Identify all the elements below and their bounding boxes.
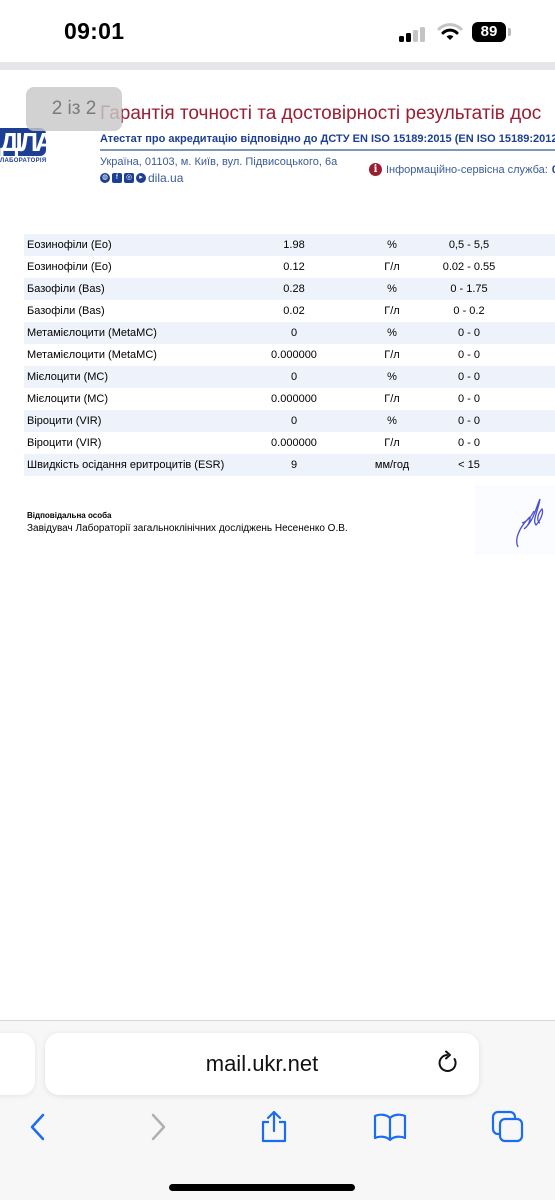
status-bar: 09:01 89: [0, 0, 555, 62]
test-unit: %: [362, 322, 422, 344]
result-row: Мієлоцити (MC)0.000000Г/л0 - 0: [24, 388, 555, 410]
result-row: Базофіли (Bas)0.02Г/л0 - 0.2: [24, 300, 555, 322]
test-name: Базофіли (Bas): [27, 278, 105, 300]
reference-range: < 15: [429, 454, 509, 476]
reference-range: 0 - 0.2: [429, 300, 509, 322]
test-name: Віроцити (VIR): [27, 432, 101, 454]
lab-address: Україна, 01103, м. Київ, вул. Підвисоцьк…: [100, 156, 337, 168]
social-links: ◍ f ◎ ▸ dila.ua: [100, 171, 183, 185]
bookmarks-button[interactable]: [372, 1109, 408, 1145]
test-value: 0: [244, 366, 344, 388]
wifi-icon: [437, 22, 463, 42]
test-unit: %: [362, 234, 422, 256]
test-name: Еозинофіли (Eo): [27, 256, 112, 278]
test-value: 0.000000: [244, 388, 344, 410]
test-unit: %: [362, 366, 422, 388]
back-button[interactable]: [20, 1109, 56, 1145]
bookmarks-icon: [372, 1112, 408, 1142]
website-link[interactable]: dila.ua: [148, 171, 183, 185]
test-unit: Г/л: [362, 256, 422, 278]
header-divider: [100, 149, 555, 151]
status-time: 09:01: [64, 18, 124, 45]
test-name: Метамієлоцити (MetaMC): [27, 344, 157, 366]
forward-icon: [148, 1112, 168, 1142]
result-row: Віроцити (VIR)0.000000Г/л0 - 0: [24, 432, 555, 454]
service-line: i Інформаційно-сервісна служба: 0: [369, 163, 555, 176]
test-unit: мм/год: [362, 454, 422, 476]
cellular-signal-icon: [399, 26, 429, 42]
forward-button[interactable]: [140, 1109, 176, 1145]
result-row: Швидкість осідання еритроцитів (ESR)9мм/…: [24, 454, 555, 476]
test-name: Мієлоцити (MC): [27, 388, 108, 410]
test-value: 0.02: [244, 300, 344, 322]
results-table: Еозинофіли (Eo)1.98%0,5 - 5,5Еозинофіли …: [24, 234, 555, 476]
share-icon: [259, 1110, 289, 1144]
test-unit: Г/л: [362, 388, 422, 410]
test-name: Мієлоцити (MC): [27, 366, 108, 388]
test-name: Віроцити (VIR): [27, 410, 101, 432]
result-row: Метамієлоцити (MetaMC)0%0 - 0: [24, 322, 555, 344]
youtube-icon: ▸: [136, 173, 146, 183]
reference-range: 0 - 0: [429, 344, 509, 366]
responsible-person: Завідувач Лабораторії загальноклінічних …: [27, 523, 348, 534]
address-bar[interactable]: mail.ukr.net: [45, 1033, 479, 1095]
responsible-label: Відповідальна особа: [27, 511, 111, 520]
service-label: Інформаційно-сервісна служба:: [386, 164, 548, 176]
test-value: 0.000000: [244, 344, 344, 366]
toolbar-divider: [0, 62, 555, 70]
previous-tab-pill[interactable]: [0, 1033, 35, 1095]
test-name: Метамієлоцити (MetaMC): [27, 322, 157, 344]
globe-icon: ◍: [100, 173, 110, 183]
battery-indicator: 89: [472, 22, 506, 42]
test-unit: Г/л: [362, 344, 422, 366]
browser-bottom-bar: mail.ukr.net: [0, 1020, 555, 1200]
test-name: Швидкість осідання еритроцитів (ESR): [27, 454, 224, 476]
result-row: Віроцити (VIR)0%0 - 0: [24, 410, 555, 432]
logo-subtitle: ЛАБОРАТОРІЯ: [0, 158, 47, 164]
signature-image: [474, 485, 555, 555]
test-value: 0: [244, 410, 344, 432]
url-text[interactable]: mail.ukr.net: [45, 1051, 479, 1077]
share-button[interactable]: [256, 1109, 292, 1145]
test-value: 0: [244, 322, 344, 344]
tabs-icon: [491, 1110, 525, 1144]
test-value: 9: [244, 454, 344, 476]
test-name: Еозинофіли (Eo): [27, 234, 112, 256]
reference-range: 0.02 - 0.55: [429, 256, 509, 278]
result-row: Мієлоцити (MC)0%0 - 0: [24, 366, 555, 388]
back-icon: [28, 1112, 48, 1142]
test-value: 0.12: [244, 256, 344, 278]
test-unit: Г/л: [362, 432, 422, 454]
test-unit: %: [362, 278, 422, 300]
instagram-icon: ◎: [124, 173, 134, 183]
test-value: 0.000000: [244, 432, 344, 454]
reference-range: 0 - 0: [429, 388, 509, 410]
lab-logo: ДІЛА ЛАБОРАТОРІЯ: [0, 128, 46, 164]
result-row: Метамієлоцити (MetaMC)0.000000Г/л0 - 0: [24, 344, 555, 366]
tabs-button[interactable]: [490, 1109, 526, 1145]
reference-range: 0 - 0: [429, 432, 509, 454]
page-indicator: 2 із 2: [26, 87, 122, 131]
home-indicator: [169, 1184, 355, 1191]
document-title: Гарантія точності та достовірності резул…: [100, 103, 541, 125]
result-row: Еозинофіли (Eo)1.98%0,5 - 5,5: [24, 234, 555, 256]
result-row: Базофіли (Bas)0.28%0 - 1.75: [24, 278, 555, 300]
facebook-icon: f: [112, 173, 122, 183]
reference-range: 0 - 0: [429, 322, 509, 344]
test-value: 0.28: [244, 278, 344, 300]
reference-range: 0 - 0: [429, 366, 509, 388]
accreditation-line: Атестат про акредитацію відповідно до ДС…: [100, 133, 555, 145]
result-row: Еозинофіли (Eo)0.12Г/л0.02 - 0.55: [24, 256, 555, 278]
reload-icon[interactable]: [435, 1050, 461, 1076]
reference-range: 0,5 - 5,5: [429, 234, 509, 256]
battery-cap: [508, 28, 511, 36]
test-unit: %: [362, 410, 422, 432]
pdf-document-view[interactable]: ДІЛА ЛАБОРАТОРІЯ Гарантія точності та до…: [0, 70, 555, 1020]
logo-mark: ДІЛА: [0, 128, 46, 156]
info-icon: i: [369, 163, 382, 176]
reference-range: 0 - 1.75: [429, 278, 509, 300]
reference-range: 0 - 0: [429, 410, 509, 432]
test-unit: Г/л: [362, 300, 422, 322]
test-value: 1.98: [244, 234, 344, 256]
test-name: Базофіли (Bas): [27, 300, 105, 322]
